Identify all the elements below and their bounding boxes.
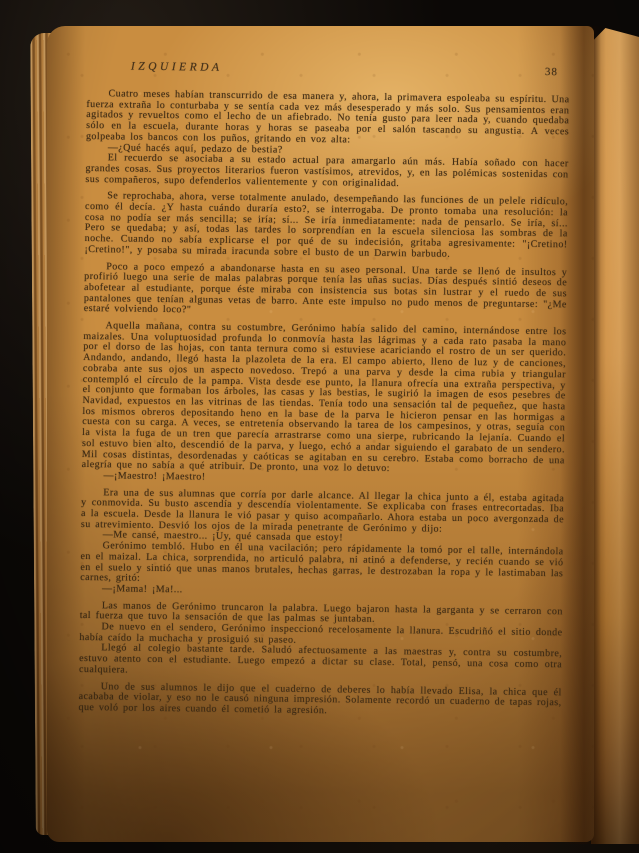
paragraph: Se reprochaba, ahora, verse totalmente a… xyxy=(84,191,568,262)
page-body: Cuatro meses habían transcurrido de esa … xyxy=(78,89,569,720)
running-head: IZQUIERDA 38 xyxy=(87,60,570,78)
paragraph: Cuatro meses habían transcurrido de esa … xyxy=(86,89,570,149)
paragraph: Poco a poco empezó a abandonarse hasta e… xyxy=(84,262,568,322)
running-title: IZQUIERDA xyxy=(131,61,223,74)
adjacent-page xyxy=(591,28,639,844)
paragraph: El recuerdo se asociaba a su estado actu… xyxy=(85,153,568,191)
paragraph: Uno de sus alumnos le dijo que el cuader… xyxy=(78,682,561,720)
book-photo: IZQUIERDA 38 Cuatro meses habían transcu… xyxy=(0,0,639,853)
book-page: IZQUIERDA 38 Cuatro meses habían transcu… xyxy=(47,26,594,842)
page-number: 38 xyxy=(545,66,558,78)
paragraph: Llegó al colegio bastante tarde. Saludó … xyxy=(79,643,562,681)
paragraph: Gerónimo tembló. Hubo en él una vacilaci… xyxy=(80,541,564,590)
printed-content: IZQUIERDA 38 Cuatro meses habían transcu… xyxy=(78,60,570,720)
paragraph: Aquella mañana, contra su costumbre, Ger… xyxy=(82,321,567,477)
